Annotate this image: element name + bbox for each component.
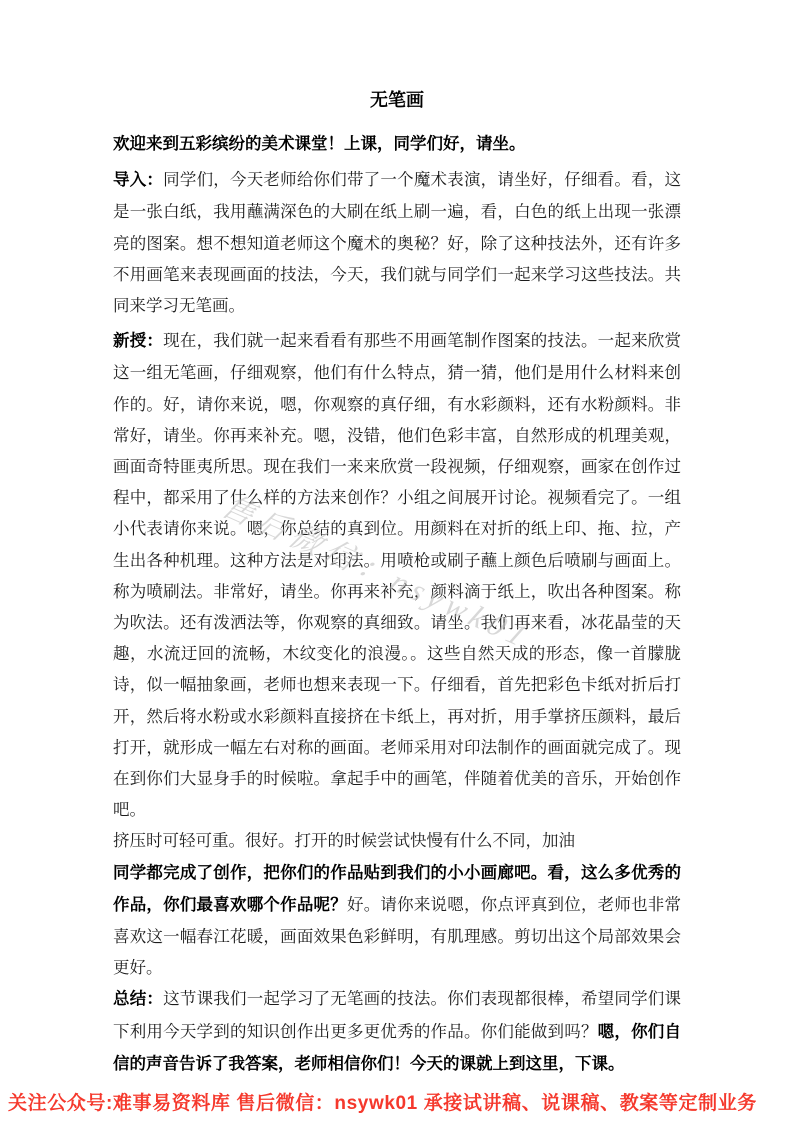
summary-label: 总结： bbox=[113, 990, 163, 1008]
summary-regular-text: 这节课我们一起学习了无笔画的技法。你们表现都很棒，希望同学们课下利用今天学到的知… bbox=[113, 989, 681, 1040]
greeting-line: 欢迎来到五彩缤纷的美术课堂！上课，同学们好，请坐。 bbox=[113, 128, 681, 160]
gallery-paragraph: 同学都完成了创作，把你们的作品贴到我们的小小画廊吧。看，这么多优秀的作品，你们最… bbox=[113, 857, 681, 984]
footer-promo-banner: 关注公众号:难事易资料库 售后微信：nsywk01 承接试讲稿、说课稿、教案等定… bbox=[8, 1092, 786, 1116]
intro-paragraph: 导入：同学们，今天老师给你们带了一个魔术表演，请坐好，仔细看。看，这是一张白纸，… bbox=[113, 164, 681, 321]
new-lesson-paragraph: 新授：现在，我们就一起来看看有那些不用画笔制作图案的技法。一起来欣赏这一组无笔画… bbox=[113, 325, 681, 825]
new-lesson-text: 现在，我们就一起来看看有那些不用画笔制作图案的技法。一起来欣赏这一组无笔画，仔细… bbox=[113, 331, 681, 819]
page-title: 无笔画 bbox=[113, 86, 681, 114]
document-page: 无笔画 欢迎来到五彩缤纷的美术课堂！上课，同学们好，请坐。 导入：同学们，今天老… bbox=[113, 86, 681, 1080]
intro-text: 同学们，今天老师给你们带了一个魔术表演，请坐好，仔细看。看，这是一张白纸，我用蘸… bbox=[113, 170, 681, 315]
intro-label: 导入： bbox=[113, 171, 163, 189]
summary-paragraph: 总结：这节课我们一起学习了无笔画的技法。你们表现都很棒，希望同学们课下利用今天学… bbox=[113, 983, 681, 1080]
greeting-text: 欢迎来到五彩缤纷的美术课堂！上课，同学们好，请坐。 bbox=[113, 135, 526, 153]
new-lesson-label: 新授： bbox=[113, 332, 163, 350]
practice-tip-line: 挤压时可轻可重。很好。打开的时候尝试快慢有什么不同，加油 bbox=[113, 825, 681, 856]
practice-tip-text: 挤压时可轻可重。很好。打开的时候尝试快慢有什么不同，加油 bbox=[113, 831, 575, 850]
